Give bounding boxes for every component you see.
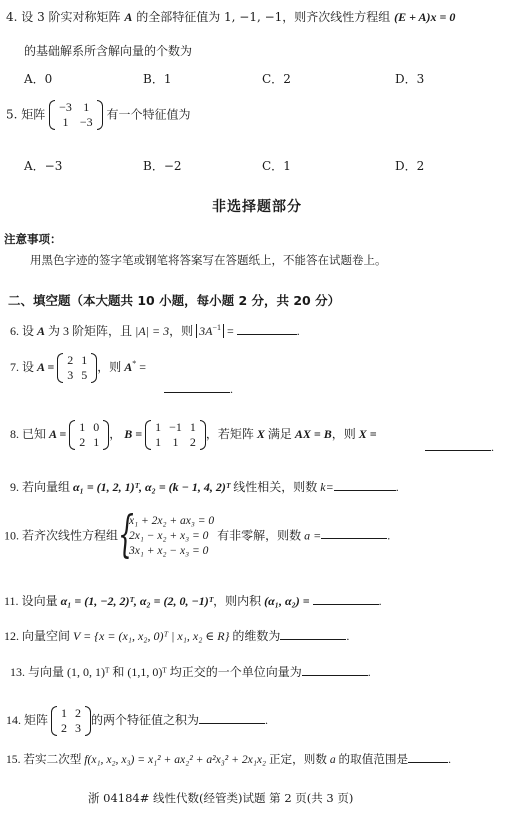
answer-blank[interactable]: [321, 528, 387, 539]
matrix: 21 35: [57, 353, 97, 383]
answer-blank[interactable]: [313, 594, 379, 605]
matrix-b: 1−11 112: [145, 420, 206, 450]
answer-blank[interactable]: [199, 713, 265, 724]
page-footer: 浙 04184# 线性代数(经管类)试题 第 2 页(共 3 页): [88, 790, 353, 806]
notice-label: 注意事项：: [4, 231, 62, 247]
answer-blank[interactable]: [280, 629, 346, 640]
notice-text: 用黑色字迹的签字笔或钢笔将答案写在答题纸上，不能答在试题卷上。: [30, 252, 387, 268]
question-15: 15. 若实二次型 f(x₁, x₂, x₃) = x₁² + ax₂² + a…: [6, 751, 451, 767]
question-10: 10. 若齐次线性方程组 x₁ + 2x₂ + ax₃ = 0 2x₁ − x₂…: [4, 514, 390, 559]
option-c[interactable]: C．2: [262, 70, 291, 87]
question-4-line2: 的基础解系所含解向量的个数为: [24, 42, 192, 59]
answer-blank[interactable]: [425, 440, 491, 451]
matrix: −31 1−3: [49, 100, 103, 130]
question-14: 14. 矩阵 12 23 的两个特征值之积为.: [6, 706, 268, 736]
question-7-answer: .: [164, 382, 233, 397]
fill-section-heading: 二、填空题（本大题共 10 小题，每小题 2 分，共 20 分）: [8, 291, 340, 309]
answer-blank[interactable]: [302, 665, 368, 676]
option-b[interactable]: B．1: [143, 70, 171, 87]
question-8-answer: .: [425, 440, 494, 455]
question-11: 11. 设向量 α₁ = (1, −2, 2)ᵀ, α₂ = (2, 0, −1…: [4, 592, 382, 609]
question-9: 9. 若向量组 α₁ = (1, 2, 1)ᵀ, α₂ = (k − 1, 4,…: [10, 478, 399, 495]
option-b[interactable]: B．−2: [143, 157, 182, 174]
matrix-a: 10 21: [69, 420, 109, 450]
option-d[interactable]: D．2: [395, 157, 424, 174]
question-8: 8. 已知 A = 10 21 ， B = 1−11 112 ，若矩阵 X 满足…: [10, 420, 377, 450]
answer-blank[interactable]: [408, 752, 448, 763]
question-6: 6. 设 A 为 3 阶矩阵，且 |A| = 3，则 3A−1 = .: [10, 322, 300, 339]
answer-blank[interactable]: [334, 480, 396, 491]
option-c[interactable]: C．1: [262, 157, 291, 174]
question-number: 4.: [6, 10, 17, 24]
question-5: 5. 矩阵 −31 1−3 有一个特征值为: [6, 100, 191, 130]
question-number: 5.: [6, 108, 17, 122]
question-12: 12. 向量空间 V = {x = (x₁, x₂, 0)ᵀ | x₁, x₂ …: [4, 627, 349, 644]
answer-blank[interactable]: [164, 382, 230, 393]
question-7: 7. 设 A = 21 35 ，则 A* =: [10, 353, 146, 383]
option-d[interactable]: D．3: [395, 70, 424, 87]
question-13: 13. 与向量 (1, 0, 1)ᵀ 和 (1,1, 0)ᵀ 均正交的一个单位向…: [10, 663, 371, 680]
option-a[interactable]: A．0: [24, 70, 52, 87]
option-a[interactable]: A．−3: [24, 157, 62, 174]
question-4: 4. 设 3 阶实对称矩阵 A 的全部特征值为 1, −1, −1，则齐次线性方…: [6, 8, 455, 25]
equation-system: x₁ + 2x₂ + ax₃ = 0 2x₁ − x₂ + x₃ = 0 3x₁…: [121, 514, 214, 559]
section-title: 非选择题部分: [212, 196, 302, 216]
answer-blank[interactable]: [237, 324, 297, 335]
matrix: 12 23: [51, 706, 91, 736]
